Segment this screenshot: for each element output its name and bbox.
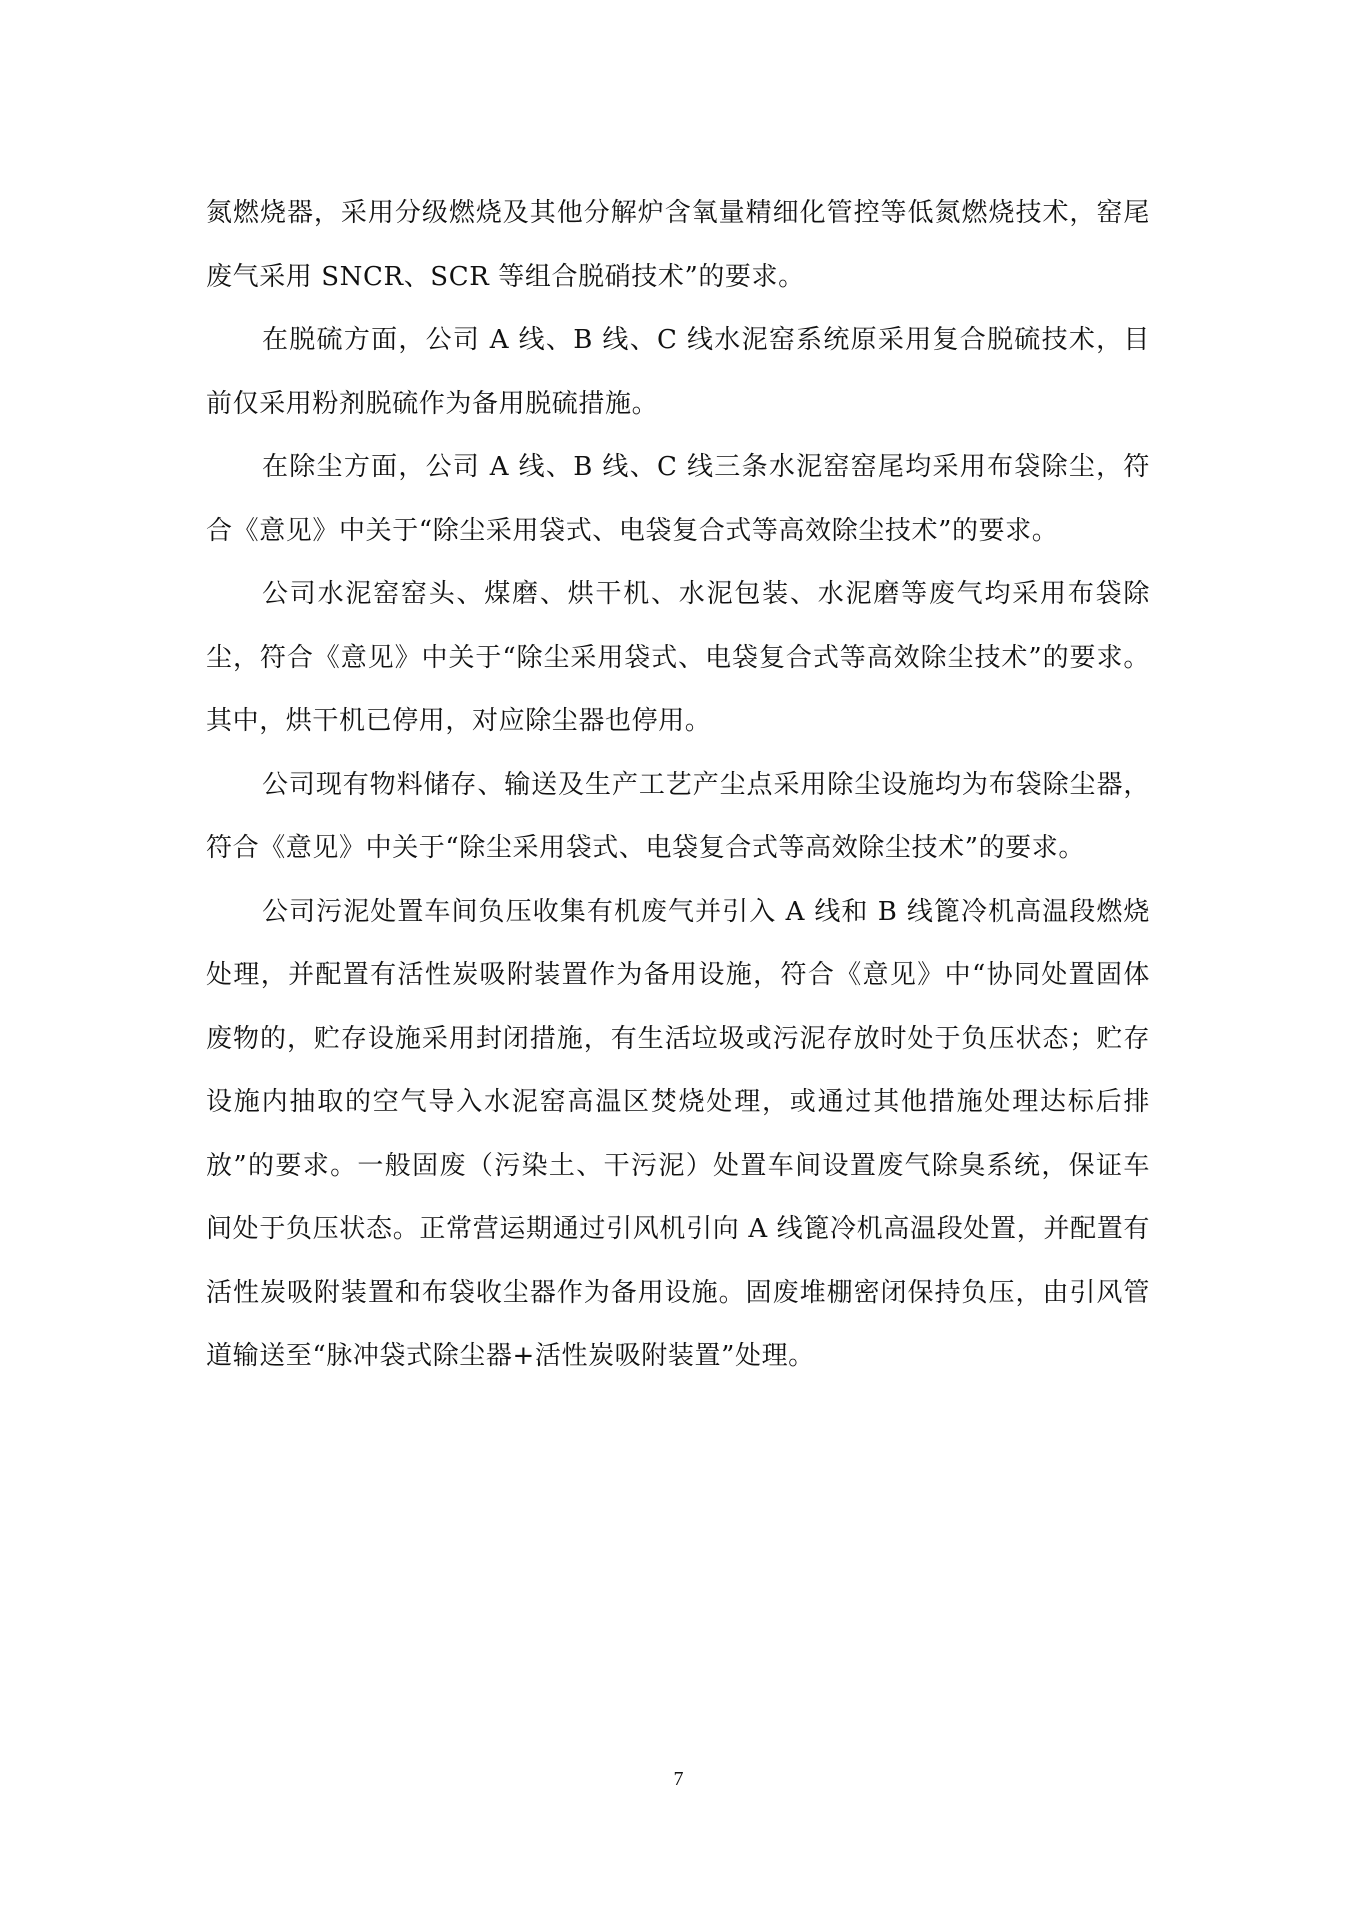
paragraph-desulfurization: 在脱硫方面，公司 A 线、B 线、C 线水泥窑系统原采用复合脱硫技术，目前仅采用… <box>206 309 1150 436</box>
paragraph-denitration-continued: 氮燃烧器，采用分级燃烧及其他分解炉含氧量精细化管控等低氮燃烧技术，窑尾废气采用 … <box>206 182 1150 309</box>
page-number: 7 <box>0 1768 1357 1791</box>
paragraph-material-storage-dust: 公司现有物料储存、输送及生产工艺产尘点采用除尘设施均为布袋除尘器，符合《意见》中… <box>206 754 1150 881</box>
document-page: 氮燃烧器，采用分级燃烧及其他分解炉含氧量精细化管控等低氮燃烧技术，窑尾废气采用 … <box>0 0 1357 1920</box>
paragraph-dust-removal-kiln-head: 公司水泥窑窑头、煤磨、烘干机、水泥包装、水泥磨等废气均采用布袋除尘，符合《意见》… <box>206 563 1150 754</box>
paragraph-dust-removal-kiln-tail: 在除尘方面，公司 A 线、B 线、C 线三条水泥窑窑尾均采用布袋除尘，符合《意见… <box>206 436 1150 563</box>
paragraph-sludge-treatment: 公司污泥处置车间负压收集有机废气并引入 A 线和 B 线篦冷机高温段燃烧处理，并… <box>206 881 1150 1389</box>
body-text: 氮燃烧器，采用分级燃烧及其他分解炉含氧量精细化管控等低氮燃烧技术，窑尾废气采用 … <box>206 182 1150 1389</box>
